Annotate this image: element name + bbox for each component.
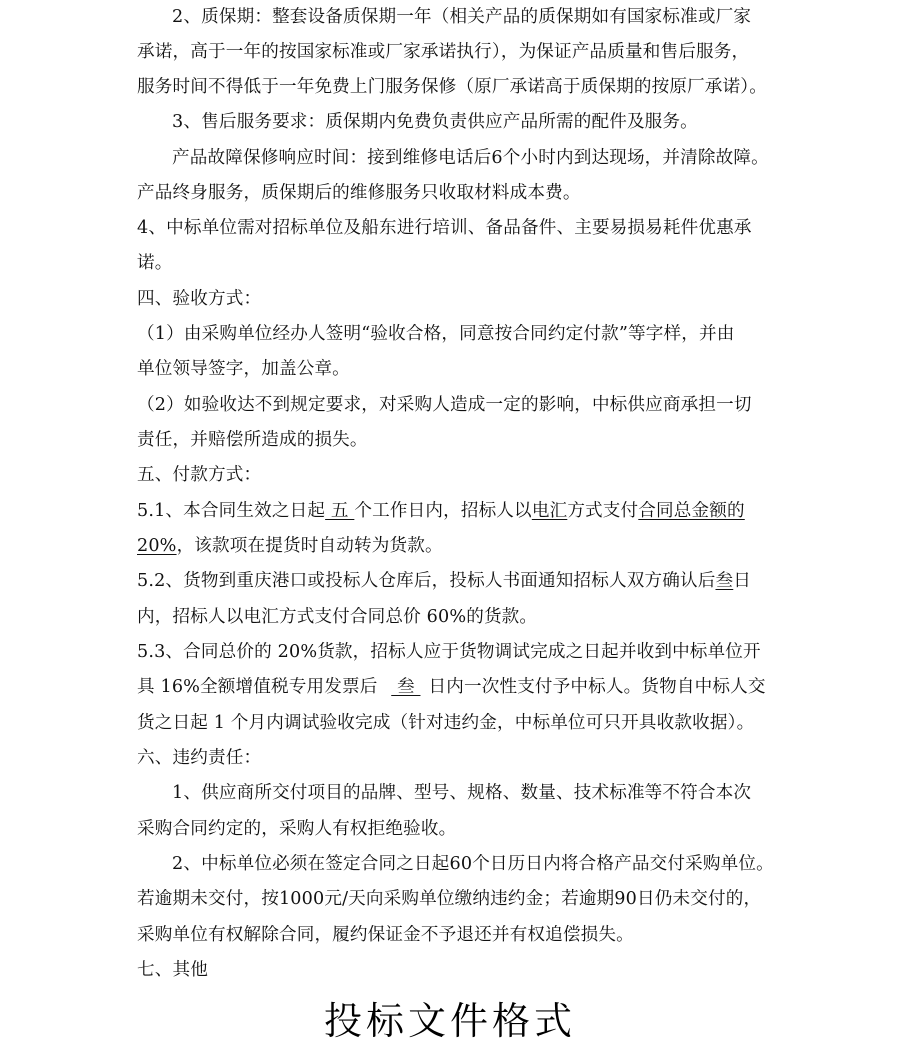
payment-5-3-text-c: 日内一次性支付予中标人。货物自中标人交 <box>428 677 765 697</box>
training-line-1: 4、中标单位需对招标单位及船东进行培训、备品备件、主要易损易耗件优惠承 <box>137 216 752 240</box>
payment-5-2-days: 叁 <box>716 571 734 591</box>
acceptance-2-line-1: （2）如验收达不到规定要求，对采购人造成一定的影响，中标供应商承担一切 <box>137 393 752 417</box>
payment-5-1-line-2: 20%，该款项在提货时自动转为货款。 <box>137 534 443 558</box>
payment-5-3-line-1: 5.3、合同总价的 20%货款，招标人应于货物调试完成之日起并收到中标单位开 <box>137 640 761 664</box>
warranty-line-1: 2、质保期：整套设备质保期一年（相关产品的质保期如有国家标准或厂家 <box>172 5 751 29</box>
payment-5-3-days: 叁 <box>383 677 428 697</box>
payment-5-1-text-a: 5.1、本合同生效之日起 <box>137 501 325 521</box>
payment-5-1-text-b: 个工作日内，招标人以 <box>354 501 531 521</box>
section-heading-breach: 六、违约责任： <box>137 746 261 770</box>
section-heading-other: 七、其他 <box>137 958 208 982</box>
payment-5-1-days: 五 <box>325 501 354 521</box>
after-sales-line: 3、售后服务要求：质保期内免费负责供应产品所需的配件及服务。 <box>172 110 698 134</box>
payment-5-2-text-b: 日 <box>733 571 751 591</box>
acceptance-1-line-1: （1）由采购单位经办人签明“验收合格，同意按合同约定付款”等字样，并由 <box>137 322 734 346</box>
payment-5-2-text-a: 5.2、货物到重庆港口或投标人仓库后，投标人书面通知招标人双方确认后 <box>137 571 716 591</box>
breach-2-line-1: 2、中标单位必须在签定合同之日起60个日历日内将合格产品交付采购单位。 <box>172 852 774 876</box>
payment-5-1-percent: 20% <box>137 536 177 556</box>
breach-2-line-2: 若逾期未交付，按1000元/天向采购单位缴纳违约金；若逾期90日仍未交付的， <box>137 887 761 911</box>
payment-5-3-line-3: 货之日起 1 个月内调试验收完成（针对违约金，中标单位可只开具收款收据）。 <box>137 711 754 735</box>
payment-5-1-text-d: ，该款项在提货时自动转为货款。 <box>177 536 443 556</box>
response-time-line-1: 产品故障保修响应时间：接到维修电话后6个小时内到达现场，并清除故障。 <box>172 146 769 170</box>
payment-5-2-line-2: 内，招标人以电汇方式支付合同总价 60%的货款。 <box>137 605 537 629</box>
payment-5-3-line-2: 具 16%全额增值税专用发票后 叁 日内一次性支付予中标人。货物自中标人交 <box>137 675 766 699</box>
acceptance-2-line-2: 责任，并赔偿所造成的损失。 <box>137 428 368 452</box>
payment-5-1-line-1: 5.1、本合同生效之日起 五 个工作日内，招标人以电汇方式支付合同总金额的 <box>137 499 745 523</box>
training-line-2: 诺。 <box>137 251 173 275</box>
bid-document-format-title: 投标文件格式 <box>0 996 900 1046</box>
payment-5-2-line-1: 5.2、货物到重庆港口或投标人仓库后，投标人书面通知招标人双方确认后叁日 <box>137 569 751 593</box>
payment-5-3-text-b: 具 16%全额增值税专用发票后 <box>137 677 383 697</box>
payment-5-1-method: 电汇 <box>532 501 568 521</box>
breach-1-line-2: 采购合同约定的，采购人有权拒绝验收。 <box>137 817 456 841</box>
payment-5-1-amount: 合同总金额的 <box>638 501 744 521</box>
acceptance-1-line-2: 单位领导签字，加盖公章。 <box>137 357 350 381</box>
warranty-line-3: 服务时间不得低于一年免费上门服务保修（原厂承诺高于质保期的按原厂承诺）。 <box>137 75 767 99</box>
response-time-line-2: 产品终身服务，质保期后的维修服务只收取材料成本费。 <box>137 181 581 205</box>
section-heading-payment: 五、付款方式： <box>137 463 261 487</box>
section-heading-acceptance: 四、验收方式： <box>137 287 261 311</box>
breach-1-line-1: 1、供应商所交付项目的品牌、型号、规格、数量、技术标准等不符合本次 <box>172 781 751 805</box>
warranty-line-2: 承诺，高于一年的按国家标准或厂家承诺执行），为保证产品质量和售后服务， <box>137 40 749 64</box>
payment-5-1-text-c: 方式支付 <box>567 501 638 521</box>
breach-2-line-3: 采购单位有权解除合同，履约保证金不予退还并有权追偿损失。 <box>137 923 634 947</box>
